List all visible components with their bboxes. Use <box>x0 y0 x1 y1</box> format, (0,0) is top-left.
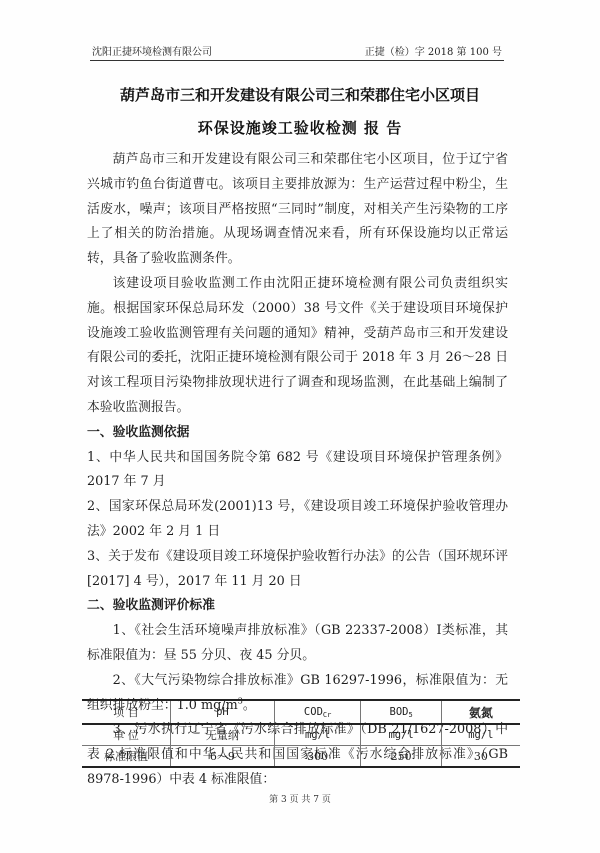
table-row-unit: 单 位 无量纲 mg/l mg/l mg/l <box>82 724 520 746</box>
company-name: 沈阳正捷环境检测有限公司 <box>92 46 212 60</box>
bod-label: BOD <box>390 706 409 718</box>
header-cell-bod: BOD5 <box>361 700 441 724</box>
table-cell: 6～9 <box>171 746 275 768</box>
table-cell: 无量纲 <box>171 724 275 746</box>
table-cell: 30 <box>441 746 520 768</box>
header-cell-cod: CODCr <box>274 700 361 724</box>
header-cell-ph: pH <box>171 700 275 724</box>
cod-label: COD <box>304 706 323 718</box>
header-cell-ammonia: 氨氮 <box>441 700 520 724</box>
section-heading-standards: 二、验收监测评价标准 <box>87 594 508 619</box>
page-header: 沈阳正捷环境检测有限公司 正捷（检）字 2018 第 100 号 <box>90 44 504 61</box>
bod-subscript: 5 <box>408 711 412 719</box>
table-cell: 标准限值 <box>82 746 171 768</box>
cod-subscript: Cr <box>323 711 331 719</box>
report-body: 葫芦岛市三和开发建设有限公司三和荣郡住宅小区项目，位于辽宁省兴城市钓鱼台街道曹屯… <box>87 148 508 793</box>
table-header-row: 项 目 pH CODCr BOD5 氨氮 <box>82 700 520 724</box>
report-title-line2: 环保设施竣工验收检测 报 告 <box>0 117 600 138</box>
section-heading-basis: 一、验收监测依据 <box>87 421 508 446</box>
page-footer: 第 3 页 共 7 页 <box>0 792 600 805</box>
document-page: 沈阳正捷环境检测有限公司 正捷（检）字 2018 第 100 号 葫芦岛市三和开… <box>0 0 600 853</box>
table-cell: 250 <box>361 746 441 768</box>
intro-paragraph-2: 该建设项目验收监测工作由沈阳正捷环境检测有限公司负责组织实施。根据国家环保总局环… <box>87 272 508 421</box>
report-title-line1: 葫芦岛市三和开发建设有限公司三和荣郡住宅小区项目 <box>0 84 600 105</box>
table-cell: 单 位 <box>82 724 171 746</box>
basis-item-1: 1、中华人民共和国国务院令第 682 号《建设项目环境保护管理条例》2017 年… <box>87 446 508 496</box>
table-cell: mg/l <box>361 724 441 746</box>
table-cell: mg/l <box>441 724 520 746</box>
report-number: 正捷（检）字 2018 第 100 号 <box>365 46 502 60</box>
header-cell-item: 项 目 <box>82 700 171 724</box>
basis-item-3: 3、关于发布《建设项目竣工环境保护验收暂行办法》的公告（国环规环评[2017] … <box>87 545 508 595</box>
basis-item-2: 2、国家环保总局环发(2001)13 号，《建设项目竣工环境保护验收管理办法》2… <box>87 495 508 545</box>
intro-paragraph-1: 葫芦岛市三和开发建设有限公司三和荣郡住宅小区项目，位于辽宁省兴城市钓鱼台街道曹屯… <box>87 148 508 272</box>
standard-item-1: 1、《社会生活环境噪声排放标准》（GB 22337-2008）Ⅰ类标准，其标准限… <box>87 619 508 669</box>
table-cell: mg/l <box>274 724 361 746</box>
table-row-limit: 标准限值 6～9 300 250 30 <box>82 746 520 768</box>
standard-limits-table: 项 目 pH CODCr BOD5 氨氮 单 位 无量纲 mg/l mg/l m… <box>82 699 520 768</box>
table-cell: 300 <box>274 746 361 768</box>
